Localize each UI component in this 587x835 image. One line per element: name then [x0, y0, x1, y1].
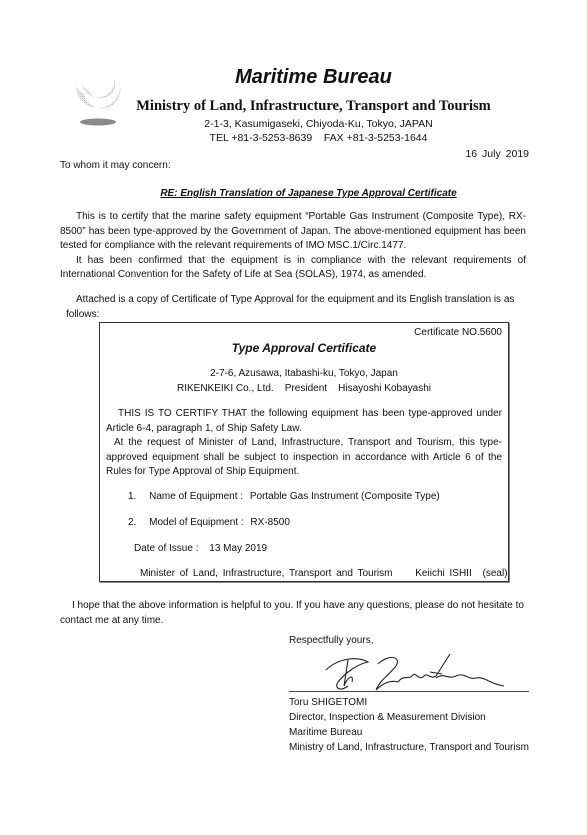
bureau-address: 2-1-3, Kasumigaseki, Chiyoda-Ku, Tokyo, …: [0, 118, 587, 130]
closing-text: I hope that the above information is hel…: [60, 598, 532, 628]
body-paragraph-1: This is to certify that the marine safet…: [60, 210, 526, 254]
bureau-title: Maritime Bureau: [0, 66, 587, 89]
bureau-contact: TEL +81-3-5253-8639 FAX +81-3-5253-1644: [0, 132, 587, 144]
issuer-title: Minister of Land, Infrastructure, Transp…: [140, 568, 392, 579]
date-of-issue: Date of Issue : 13 May 2019: [134, 543, 267, 554]
seal-mark: (seal): [483, 568, 508, 579]
body-paragraph-2: It has been confirmed that the equipment…: [60, 254, 526, 283]
signatory-ministry: Ministry of Land, Infrastructure, Transp…: [289, 742, 529, 753]
item-number: 1.: [128, 491, 136, 502]
certificate-paragraph-1: THIS IS TO CERTIFY THAT the following eq…: [106, 407, 502, 436]
certificate-paragraph-2: At the request of Minister of Land, Infr…: [106, 436, 502, 480]
item-label: Model of Equipment :: [149, 517, 244, 528]
item-value: Portable Gas Instrument (Composite Type): [250, 491, 440, 502]
item-value: RX-8500: [250, 517, 289, 528]
salutation: To whom it may concern:: [60, 160, 171, 171]
sign-off: Respectfully yours,: [289, 635, 373, 646]
date-of-issue-label: Date of Issue :: [134, 543, 198, 554]
item-label: Name of Equipment :: [149, 491, 243, 502]
certificate-holder-address: 2-7-6, Azusawa, Itabashi-ku, Tokyo, Japa…: [100, 368, 508, 379]
certificate-holder: RIKENKEIKI Co., Ltd. President Hisayoshi…: [100, 383, 508, 394]
date-of-issue-value: 13 May 2019: [209, 543, 267, 554]
signatory-title: Director, Inspection & Measurement Divis…: [289, 712, 486, 723]
signatory-name: Toru SHIGETOMI: [289, 697, 367, 708]
handwritten-signature-icon: [318, 652, 508, 696]
issuer-line: Minister of Land, Infrastructure, Transp…: [140, 568, 508, 579]
certificate-number: Certificate NO.5600: [414, 327, 502, 338]
item-number: 2.: [128, 517, 136, 528]
type-approval-certificate: Certificate NO.5600 Type Approval Certif…: [99, 322, 509, 582]
equipment-item-1: 1. Name of Equipment : Portable Gas Inst…: [128, 491, 440, 502]
letter-body: This is to certify that the marine safet…: [60, 210, 526, 283]
closing-paragraph: I hope that the above information is hel…: [60, 598, 532, 628]
certificate-title: Type Approval Certificate: [100, 341, 508, 355]
signatory-bureau: Maritime Bureau: [289, 727, 362, 738]
certificate-paragraphs: THIS IS TO CERTIFY THAT the following eq…: [106, 407, 502, 480]
issuer-name: Keiichi ISHII: [415, 568, 471, 579]
signature-line: [289, 691, 529, 692]
equipment-item-2: 2. Model of Equipment : RX-8500: [128, 517, 290, 528]
letter-date: 16 July 2019: [465, 148, 529, 160]
ministry-name: Ministry of Land, Infrastructure, Transp…: [0, 98, 587, 115]
attached-text: Attached is a copy of Certificate of Typ…: [66, 293, 536, 322]
attached-note: Attached is a copy of Certificate of Typ…: [66, 293, 536, 322]
subject-line: RE: English Translation of Japanese Type…: [0, 188, 587, 199]
